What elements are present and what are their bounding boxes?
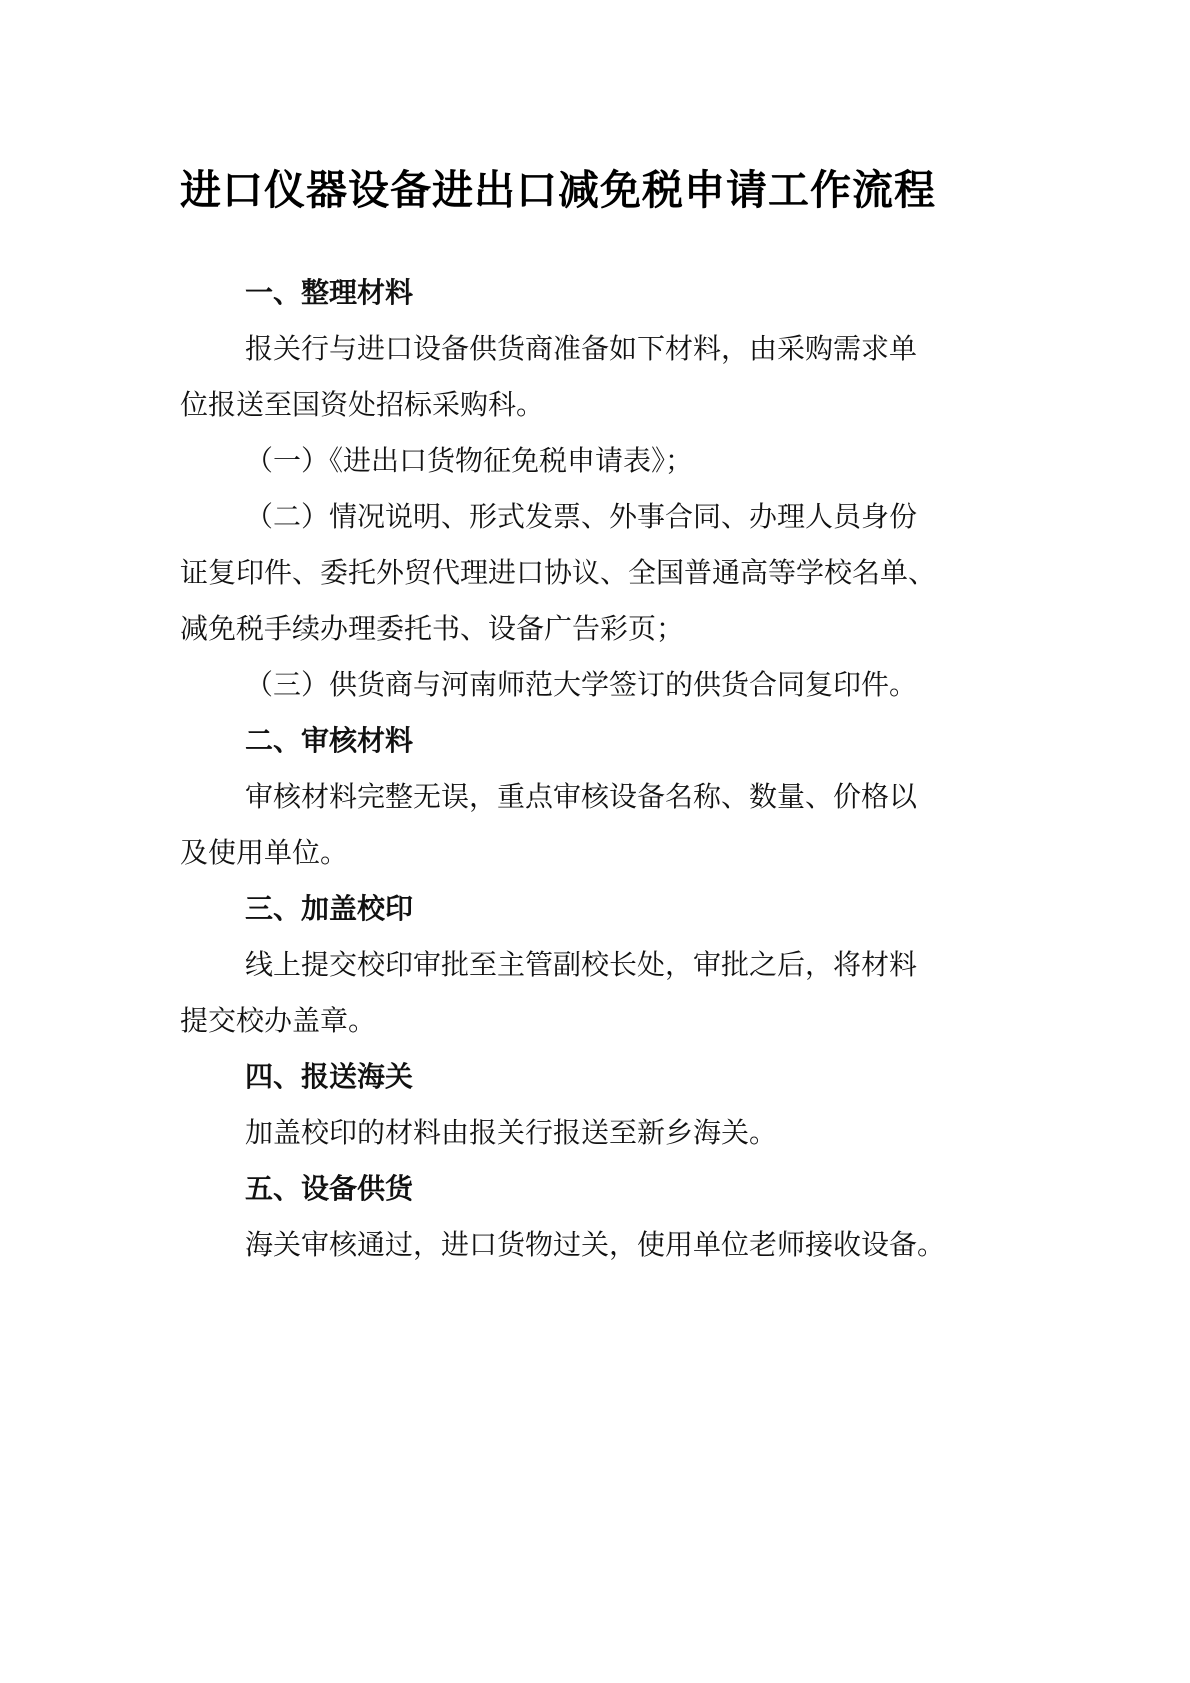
section-heading-2: 二、审核材料 [180,713,1020,769]
paragraph-line: 审核材料完整无误，重点审核设备名称、数量、价格以 [180,769,1020,825]
section-heading-3: 三、加盖校印 [180,881,1020,937]
paragraph-line: 线上提交校印审批至主管副校长处，审批之后，将材料 [180,937,1020,993]
document-body: 一、整理材料 报关行与进口设备供货商准备如下材料，由采购需求单 位报送至国资处招… [180,265,1020,1273]
document-page: 进口仪器设备进出口减免税申请工作流程 一、整理材料 报关行与进口设备供货商准备如… [0,0,1190,1683]
paragraph-line: 减免税手续办理委托书、设备广告彩页； [180,601,1020,657]
section-heading-1: 一、整理材料 [180,265,1020,321]
paragraph-line: 位报送至国资处招标采购科。 [180,377,1020,433]
paragraph-line: 及使用单位。 [180,825,1020,881]
list-item-1: （一）《进出口货物征免税申请表》； [180,433,1020,489]
paragraph-line: 海关审核通过，进口货物过关，使用单位老师接收设备。 [180,1217,1020,1273]
list-item-3: （三）供货商与河南师范大学签订的供货合同复印件。 [180,657,1020,713]
document-title: 进口仪器设备进出口减免税申请工作流程 [180,160,1040,220]
paragraph-line: 证复印件、委托外贸代理进口协议、全国普通高等学校名单、 [180,545,1020,601]
paragraph-line: 提交校办盖章。 [180,993,1020,1049]
list-item-2: （二）情况说明、形式发票、外事合同、办理人员身份 [180,489,1020,545]
paragraph-line: 报关行与进口设备供货商准备如下材料，由采购需求单 [180,321,1020,377]
paragraph-line: 加盖校印的材料由报关行报送至新乡海关。 [180,1105,1020,1161]
section-heading-4: 四、报送海关 [180,1049,1020,1105]
section-heading-5: 五、设备供货 [180,1161,1020,1217]
